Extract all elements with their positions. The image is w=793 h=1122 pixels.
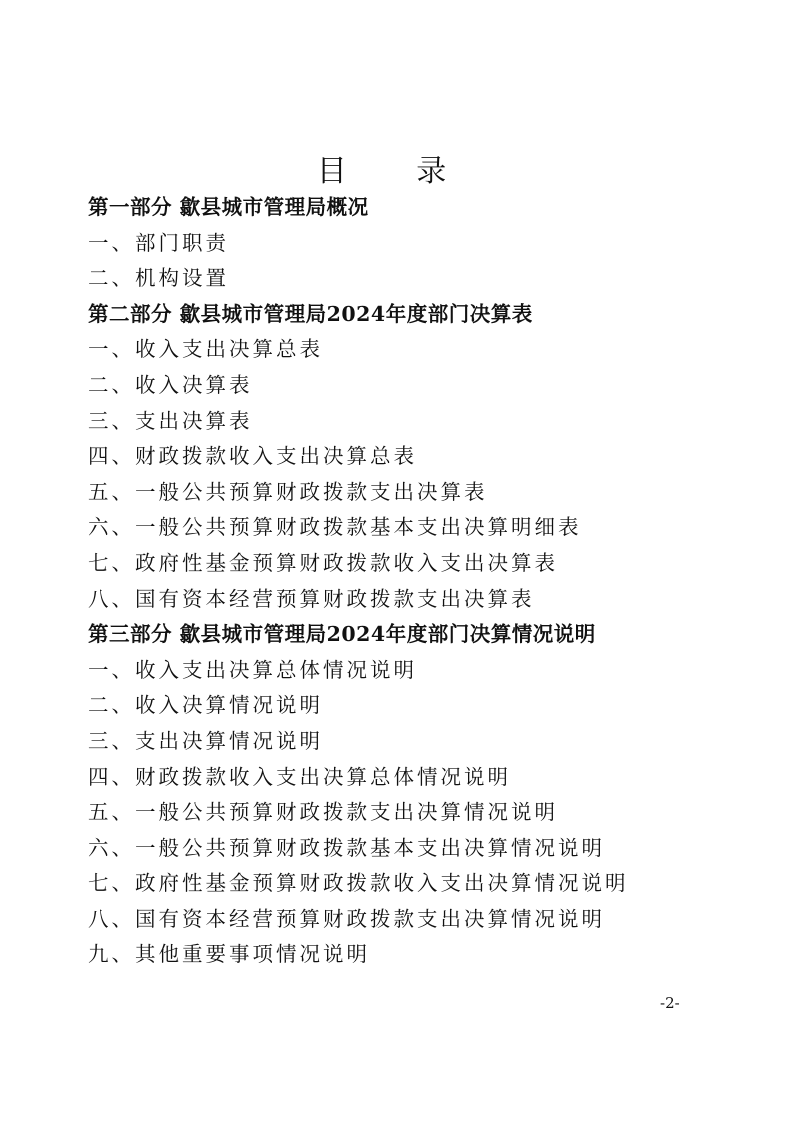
toc-item: 八、国有资本经营预算财政拨款支出决算表 <box>88 582 629 618</box>
toc-item: 三、支出决算表 <box>88 404 629 440</box>
toc-item: 九、其他重要事项情况说明 <box>88 937 629 973</box>
toc-part-2: 第二部分 歙县城市管理局2024年度部门决算表 <box>88 297 629 333</box>
toc-item: 一、部门职责 <box>88 226 629 262</box>
toc-item: 三、支出决算情况说明 <box>88 724 629 760</box>
toc-item: 六、一般公共预算财政拨款基本支出决算情况说明 <box>88 831 629 867</box>
toc-item: 二、机构设置 <box>88 261 629 297</box>
toc-item: 四、财政拨款收入支出决算总表 <box>88 439 629 475</box>
toc-item: 二、收入决算情况说明 <box>88 688 629 724</box>
toc-item: 七、政府性基金预算财政拨款收入支出决算表 <box>88 546 629 582</box>
toc-item: 五、一般公共预算财政拨款支出决算表 <box>88 475 629 511</box>
toc-part-1: 第一部分 歙县城市管理局概况 <box>88 190 629 226</box>
toc-item: 五、一般公共预算财政拨款支出决算情况说明 <box>88 795 629 831</box>
toc-item: 六、一般公共预算财政拨款基本支出决算明细表 <box>88 510 629 546</box>
page-number: -2- <box>660 994 680 1012</box>
table-of-contents: 第一部分 歙县城市管理局概况 一、部门职责 二、机构设置 第二部分 歙县城市管理… <box>88 190 629 973</box>
toc-item: 七、政府性基金预算财政拨款收入支出决算情况说明 <box>88 866 629 902</box>
toc-item: 一、收入支出决算总表 <box>88 332 629 368</box>
toc-item: 八、国有资本经营预算财政拨款支出决算情况说明 <box>88 902 629 938</box>
toc-item: 四、财政拨款收入支出决算总体情况说明 <box>88 760 629 796</box>
toc-item: 二、收入决算表 <box>88 368 629 404</box>
toc-part-3: 第三部分 歙县城市管理局2024年度部门决算情况说明 <box>88 617 629 653</box>
toc-item: 一、收入支出决算总体情况说明 <box>88 653 629 689</box>
page-title: 目 录 <box>0 146 793 190</box>
